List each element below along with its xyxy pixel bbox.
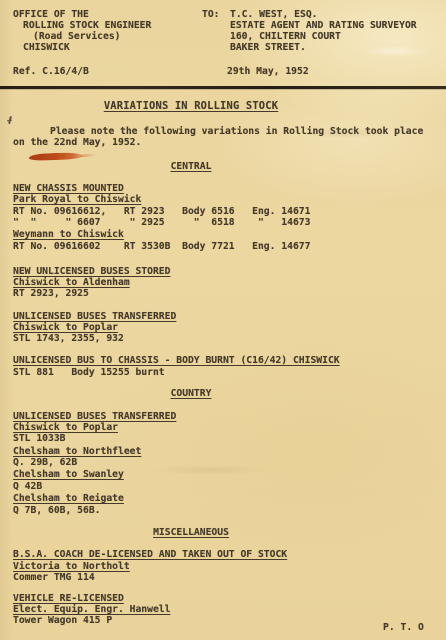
section-heading-country: COUNTRY	[0, 388, 382, 399]
vehicle-data-row: STL 1033B	[13, 433, 66, 444]
section-heading-miscellaneous: MISCELLANEOUS	[0, 527, 382, 538]
vehicle-data-row: STL 1743, 2355, 932	[13, 333, 124, 344]
intro-line: Please note the following variations in …	[50, 126, 423, 137]
pto-note: P. T. O	[383, 622, 424, 633]
group-heading-buses-stored: NEW UNLICENSED BUSES STORED	[13, 266, 170, 277]
sender-office-line: ROLLING STOCK ENGINEER	[23, 20, 151, 31]
group-heading-buses-transferred: UNLICENSED BUSES TRANSFERRED	[13, 311, 176, 322]
recipient-line: ESTATE AGENT AND RATING SURVEYOR	[230, 20, 417, 31]
pencil-tick-mark	[7, 116, 12, 124]
route-chiswick-to-poplar: Chiswick to Poplar	[13, 322, 118, 333]
vehicle-data-row: Tower Wagon 415 P	[13, 615, 112, 626]
header-divider-rule	[0, 86, 446, 89]
section-heading-central: CENTRAL	[0, 161, 382, 172]
reference-number: Ref. C.16/4/B	[13, 66, 89, 77]
sender-office-line: (Road Services)	[33, 31, 121, 42]
group-heading-vehicle-relicensed: VEHICLE RE-LICENSED	[13, 593, 124, 604]
scan-smudge	[360, 45, 430, 57]
group-heading-bsa-coach: B.S.A. COACH DE-LICENSED AND TAKEN OUT O…	[13, 549, 287, 560]
route-victoria-to-northolt: Victoria to Northolt	[13, 561, 130, 572]
scan-smudge	[150, 465, 270, 475]
vehicle-data-row: " " " 6607 " 2925 " 6518 " 14673	[13, 217, 310, 228]
intro-line: on the 22nd May, 1952.	[13, 137, 141, 148]
recipient-line: BAKER STREET.	[230, 42, 306, 53]
to-label: TO:	[202, 9, 220, 20]
document-page: OFFICE OF THE ROLLING STOCK ENGINEER (Ro…	[0, 0, 446, 640]
page-title: VARIATIONS IN ROLLING STOCK	[0, 101, 382, 112]
vehicle-data-row: Q 42B	[13, 481, 42, 492]
vehicle-data-row: Q 7B, 60B, 56B.	[13, 505, 101, 516]
vehicle-data-row: Commer TMG 114	[13, 572, 95, 583]
route-chelsham-to-reigate: Chelsham to Reigate	[13, 493, 124, 504]
red-marker-stroke	[29, 152, 83, 161]
sender-office-line: OFFICE OF THE	[13, 9, 89, 20]
route-chiswick-to-poplar: Chiswick to Poplar	[13, 422, 118, 433]
route-park-royal-to-chiswick: Park Royal to Chiswick	[13, 194, 141, 205]
sender-office-line: CHISWICK	[23, 42, 70, 53]
vehicle-data-row: Q. 29B, 62B	[13, 457, 77, 468]
route-chiswick-to-aldenham: Chiswick to Aldenham	[13, 277, 130, 288]
route-elect-equip-engr-hanwell: Elect. Equip. Engr. Hanwell	[13, 604, 170, 615]
group-heading-buses-transferred: UNLICENSED BUSES TRANSFERRED	[13, 411, 176, 422]
recipient-line: T.C. WEST, ESQ.	[230, 9, 318, 20]
recipient-line: 160, CHILTERN COURT	[230, 31, 341, 42]
vehicle-data-row: STL 881 Body 15255 burnt	[13, 367, 165, 378]
route-chelsham-to-swanley: Chelsham to Swanley	[13, 469, 124, 480]
letter-date: 29th May, 1952	[227, 66, 309, 77]
group-heading-new-chassis: NEW CHASSIS MOUNTED	[13, 183, 124, 194]
route-chelsham-to-northfleet: Chelsham to Northfleet	[13, 446, 141, 457]
vehicle-data-row: RT 2923, 2925	[13, 288, 89, 299]
vehicle-data-row: RT No. 09616612, RT 2923 Body 6516 Eng. …	[13, 206, 310, 217]
vehicle-data-row: RT No. 09616602 RT 3530B Body 7721 Eng. …	[13, 241, 310, 252]
group-heading-body-burnt: UNLICENSED BUS TO CHASSIS - BODY BURNT (…	[13, 355, 340, 366]
route-weymann-to-chiswick: Weymann to Chiswick	[13, 229, 124, 240]
